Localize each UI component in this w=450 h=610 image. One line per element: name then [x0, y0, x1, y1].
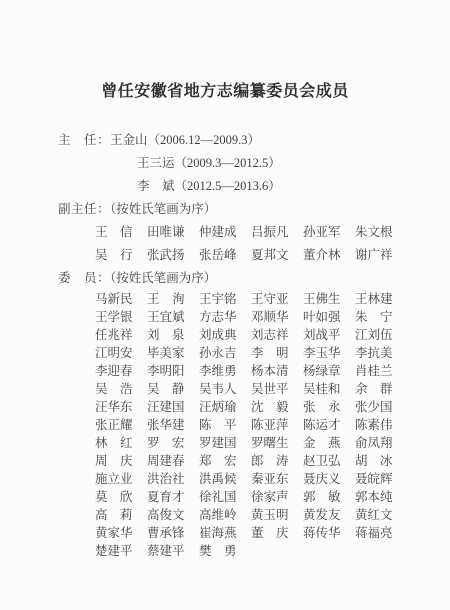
members-heading: 委 员：（按姓氏笔画为序）	[58, 267, 450, 290]
person-name: 肖桂兰	[355, 362, 407, 380]
person-name: 沈 毅	[251, 398, 303, 416]
person-name: 罗曙生	[251, 434, 303, 452]
person-name: 陈素伟	[355, 416, 407, 434]
person-name: 崔海燕	[199, 524, 251, 542]
person-name: 方志华	[199, 308, 251, 326]
director-entry: 李 斌（2012.5—2013.6）	[137, 179, 281, 193]
person-name: 杨绿章	[303, 362, 355, 380]
person-name: 余 群	[355, 380, 407, 398]
name-row: 楚建平蔡建平樊 勇	[58, 542, 450, 560]
person-name: 蒋传华	[303, 524, 355, 542]
deputy-director-label: 副主任：	[58, 202, 110, 216]
person-name: 朱文根	[355, 221, 407, 244]
person-name: 吴 静	[147, 380, 199, 398]
person-name: 张少国	[355, 398, 407, 416]
person-name: 董 庆	[251, 524, 303, 542]
person-name: 江刘伍	[355, 326, 407, 344]
person-name: 叶如强	[303, 308, 355, 326]
person-name: 俞凤翔	[355, 434, 407, 452]
person-name: 樊 勇	[199, 542, 251, 560]
person-name: 李迎春	[95, 362, 147, 380]
person-name: 郎 涛	[251, 452, 303, 470]
person-name: 吕振凡	[251, 221, 303, 244]
name-row: 高 莉高俊文高维岭黄玉明黄发友黄红文	[58, 506, 450, 524]
person-name: 黄家华	[95, 524, 147, 542]
person-name: 毕美家	[147, 344, 199, 362]
person-name: 夏育才	[147, 488, 199, 506]
name-row: 张正耀张华建陈 平陈亚萍陈运才陈素伟	[58, 416, 450, 434]
person-name: 李 明	[251, 344, 303, 362]
person-name: 谢广祥	[355, 244, 407, 267]
name-row: 莫 欣夏育才徐礼国徐家声郭 敏郭本纯	[58, 488, 450, 506]
person-name: 王 信	[95, 221, 147, 244]
person-name: 曹承锋	[147, 524, 199, 542]
person-name: 孙永吉	[199, 344, 251, 362]
director-entry: 王金山（2006.12—2009.3）	[110, 133, 260, 147]
person-name: 王宜斌	[147, 308, 199, 326]
name-row: 林 红罗 宏罗建国罗曙生金 燕俞凤翔	[58, 434, 450, 452]
members-label: 委 员：	[58, 271, 110, 285]
document-body: 主 任：王金山（2006.12—2009.3） 王三运（2009.3—2012.…	[0, 129, 450, 560]
director-line: 李 斌（2012.5—2013.6）	[58, 175, 450, 198]
person-name: 王学银	[95, 308, 147, 326]
person-name: 罗建国	[199, 434, 251, 452]
person-name: 高俊文	[147, 506, 199, 524]
members-note: （按姓氏笔画为序）	[110, 271, 216, 285]
person-name: 刘志祥	[251, 326, 303, 344]
name-row: 吴 行张武扬张岳峰夏邦文董介林谢广祥	[58, 244, 450, 267]
person-name: 聂庆义	[303, 470, 355, 488]
members-rows: 马新民王 洵王宇铭王守亚王佛生王林建王学银王宜斌方志华邓顺华叶如强朱 宁任兆祥刘…	[58, 290, 450, 560]
name-row: 吴 浩吴 静吴韦人吴世平吴桂和余 群	[58, 380, 450, 398]
person-name: 刘 泉	[147, 326, 199, 344]
person-name: 张武扬	[147, 244, 199, 267]
deputy-director-note: （按姓氏笔画为序）	[110, 202, 216, 216]
person-name: 洪治社	[147, 470, 199, 488]
section-director: 主 任：王金山（2006.12—2009.3） 王三运（2009.3—2012.…	[58, 129, 450, 198]
person-name: 施立业	[95, 470, 147, 488]
person-name: 秦亚东	[251, 470, 303, 488]
person-name: 林 红	[95, 434, 147, 452]
person-name: 赵卫弘	[303, 452, 355, 470]
person-name: 王 洵	[147, 290, 199, 308]
person-name: 王佛生	[303, 290, 355, 308]
person-name: 江明安	[95, 344, 147, 362]
person-name: 李玉华	[303, 344, 355, 362]
person-name: 周 庆	[95, 452, 147, 470]
person-name: 蒋福亮	[355, 524, 407, 542]
person-name: 刘成典	[199, 326, 251, 344]
person-name: 张 永	[303, 398, 355, 416]
name-row: 马新民王 洵王宇铭王守亚王佛生王林建	[58, 290, 450, 308]
person-name: 高维岭	[199, 506, 251, 524]
person-name: 聂皖辉	[355, 470, 407, 488]
person-name: 仲建成	[199, 221, 251, 244]
person-name: 杨本清	[251, 362, 303, 380]
person-name: 任兆祥	[95, 326, 147, 344]
person-name: 徐礼国	[199, 488, 251, 506]
person-name: 罗 宏	[147, 434, 199, 452]
person-name: 郭 敏	[303, 488, 355, 506]
person-name: 吴世平	[251, 380, 303, 398]
person-name: 郭本纯	[355, 488, 407, 506]
person-name: 朱 宁	[355, 308, 407, 326]
person-name: 李抗美	[355, 344, 407, 362]
person-name: 李维勇	[199, 362, 251, 380]
person-name: 吴桂和	[303, 380, 355, 398]
person-name: 徐家声	[251, 488, 303, 506]
director-label: 主 任：	[58, 133, 110, 147]
person-name: 王林建	[355, 290, 407, 308]
person-name: 董介林	[303, 244, 355, 267]
person-name: 汪华东	[95, 398, 147, 416]
person-name: 王宇铭	[199, 290, 251, 308]
person-name: 王守亚	[251, 290, 303, 308]
person-name: 李明阳	[147, 362, 199, 380]
director-entry: 王三运（2009.3—2012.5）	[137, 156, 281, 170]
person-name: 张华建	[147, 416, 199, 434]
person-name: 莫 欣	[95, 488, 147, 506]
person-name: 高 莉	[95, 506, 147, 524]
name-row: 王 信田唯谦仲建成吕振凡孙亚军朱文根	[58, 221, 450, 244]
person-name: 黄红文	[355, 506, 407, 524]
person-name: 邓顺华	[251, 308, 303, 326]
director-line: 王三运（2009.3—2012.5）	[58, 152, 450, 175]
person-name: 孙亚军	[303, 221, 355, 244]
person-name: 吴 浩	[95, 380, 147, 398]
person-name: 洪禹候	[199, 470, 251, 488]
person-name: 汪建国	[147, 398, 199, 416]
person-name: 吴 行	[95, 244, 147, 267]
person-name: 金 燕	[303, 434, 355, 452]
person-name: 汪炳瑜	[199, 398, 251, 416]
document-page: 曾任安徽省地方志编纂委员会成员 主 任：王金山（2006.12—2009.3） …	[0, 0, 450, 610]
person-name: 陈运才	[303, 416, 355, 434]
person-name: 郑 宏	[199, 452, 251, 470]
name-row: 黄家华曹承锋崔海燕董 庆蒋传华蒋福亮	[58, 524, 450, 542]
person-name: 胡 冰	[355, 452, 407, 470]
person-name: 田唯谦	[147, 221, 199, 244]
person-name: 张正耀	[95, 416, 147, 434]
name-row: 施立业洪治社洪禹候秦亚东聂庆义聂皖辉	[58, 470, 450, 488]
deputy-director-heading: 副主任：（按姓氏笔画为序）	[58, 198, 450, 221]
person-name: 黄发友	[303, 506, 355, 524]
person-name: 马新民	[95, 290, 147, 308]
name-row: 周 庆周建春郑 宏郎 涛赵卫弘胡 冰	[58, 452, 450, 470]
name-row: 江明安毕美家孙永吉李 明李玉华李抗美	[58, 344, 450, 362]
name-row: 任兆祥刘 泉刘成典刘志祥刘战平江刘伍	[58, 326, 450, 344]
page-title: 曾任安徽省地方志编纂委员会成员	[0, 78, 450, 101]
name-row: 王学银王宜斌方志华邓顺华叶如强朱 宁	[58, 308, 450, 326]
person-name: 楚建平	[95, 542, 147, 560]
name-row: 李迎春李明阳李维勇杨本清杨绿章肖桂兰	[58, 362, 450, 380]
deputy-director-rows: 王 信田唯谦仲建成吕振凡孙亚军朱文根吴 行张武扬张岳峰夏邦文董介林谢广祥	[58, 221, 450, 267]
person-name: 陈 平	[199, 416, 251, 434]
person-name: 蔡建平	[147, 542, 199, 560]
name-row: 汪华东汪建国汪炳瑜沈 毅张 永张少国	[58, 398, 450, 416]
person-name: 张岳峰	[199, 244, 251, 267]
person-name: 周建春	[147, 452, 199, 470]
person-name: 陈亚萍	[251, 416, 303, 434]
person-name: 刘战平	[303, 326, 355, 344]
person-name: 夏邦文	[251, 244, 303, 267]
person-name: 黄玉明	[251, 506, 303, 524]
section-deputy-director: 副主任：（按姓氏笔画为序） 王 信田唯谦仲建成吕振凡孙亚军朱文根吴 行张武扬张岳…	[58, 198, 450, 267]
person-name: 吴韦人	[199, 380, 251, 398]
director-line: 主 任：王金山（2006.12—2009.3）	[58, 129, 450, 152]
section-members: 委 员：（按姓氏笔画为序） 马新民王 洵王宇铭王守亚王佛生王林建王学银王宜斌方志…	[58, 267, 450, 560]
